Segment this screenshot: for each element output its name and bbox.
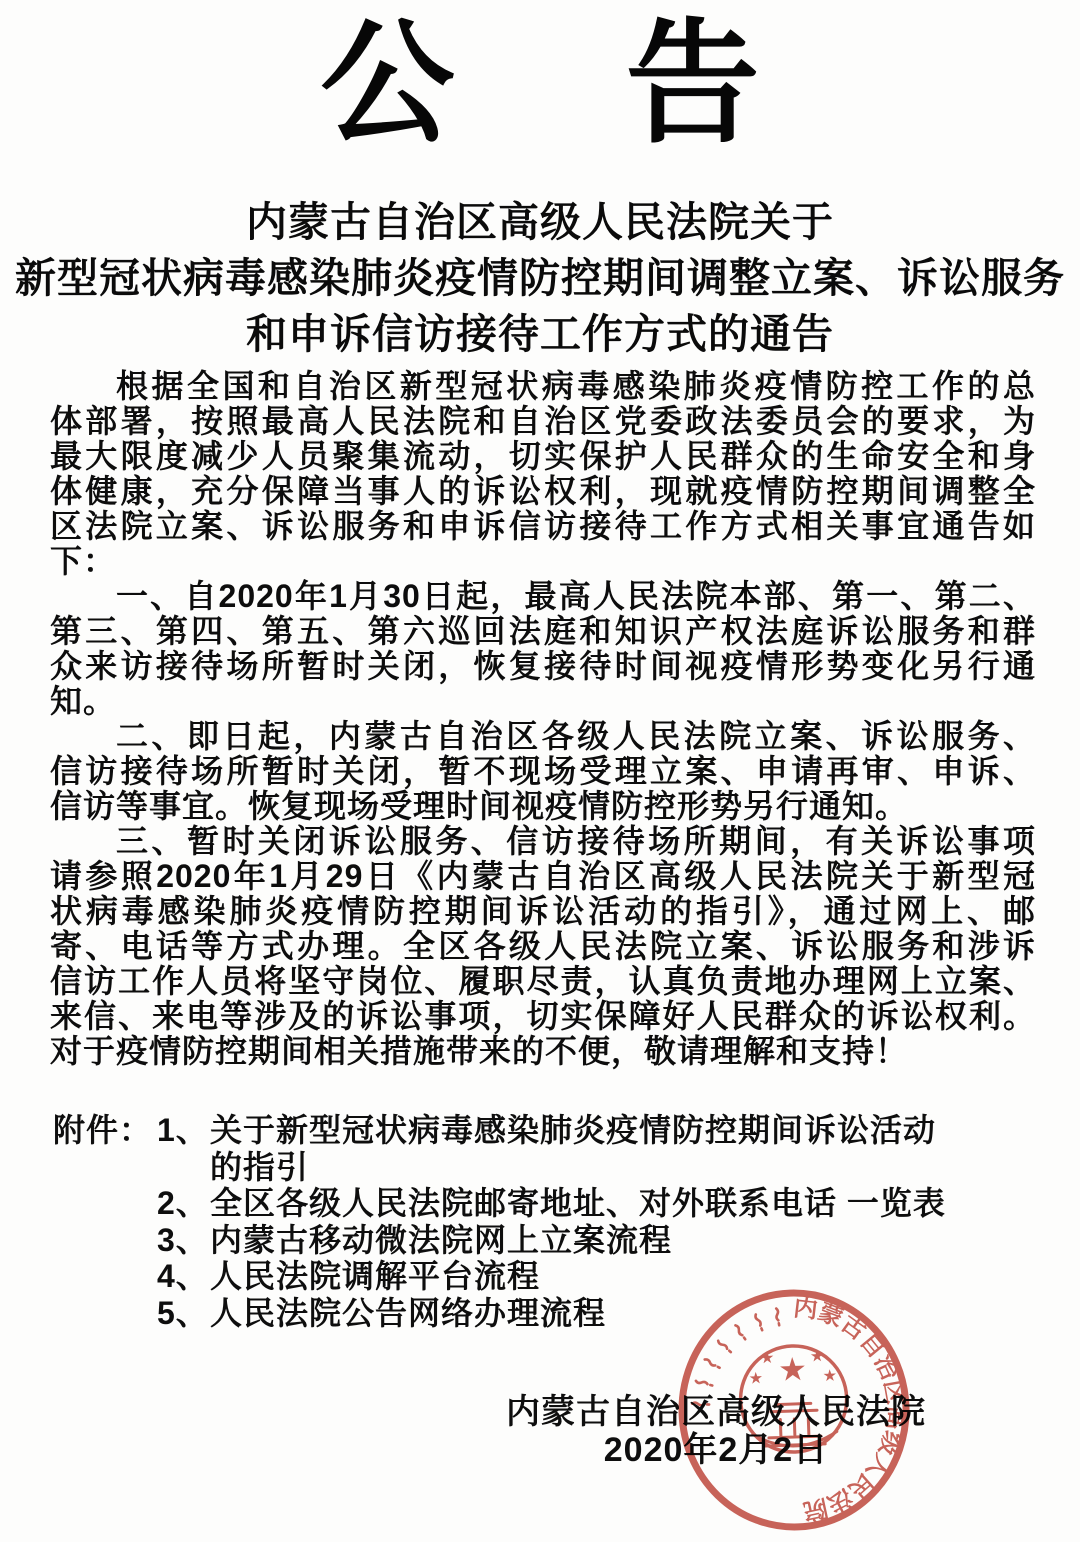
attachment-number: 4、 (157, 1258, 210, 1295)
small-star-icon (749, 1372, 762, 1384)
body-paragraphs: 根据全国和自治区新型冠状病毒感染肺炎疫情防控工作的总体部署，按照最高人民法院和自… (50, 369, 1036, 1069)
text-line: 众来访接待场所暂时关闭，恢复接待时间视疫情形势变化另行通 (50, 649, 1036, 684)
attachment-item: 1、关于新型冠状病毒感染肺炎疫情防控期间诉讼活动的指引 (157, 1112, 1053, 1185)
text-line: 请参照2020年1月29日《内蒙古自治区高级人民法院关于新型冠 (50, 859, 1036, 894)
attachment-number: 5、 (157, 1295, 210, 1332)
attachment-line: 关于新型冠状病毒感染肺炎疫情防控期间诉讼活动 (210, 1112, 1053, 1149)
text-line: 第三、第四、第五、第六巡回法庭和知识产权法庭诉讼服务和群 (50, 614, 1036, 649)
subtitle-line: 和申诉信访接待工作方式的通告 (0, 306, 1080, 362)
attachment-item: 3、内蒙古移动微法院网上立案流程 (157, 1222, 1053, 1259)
text-line: 体部署，按照最高人民法院和自治区党委政法委员会的要求，为 (50, 404, 1036, 439)
attachment-title: 人民法院调解平台流程 (210, 1258, 1053, 1295)
seal-ring-text-curve: 内蒙古自治区高级人民法院 (791, 1290, 914, 1525)
seal-ring-text: 内蒙古自治区高级人民法院 (791, 1290, 914, 1525)
big-star-icon (780, 1357, 806, 1381)
small-star-icon (761, 1351, 774, 1363)
text-line: 下： (50, 544, 1036, 579)
attachment-line: 全区各级人民法院邮寄地址、对外联系电话 一览表 (210, 1185, 1053, 1222)
attachment-item: 2、全区各级人民法院邮寄地址、对外联系电话 一览表 (157, 1185, 1053, 1222)
paragraph: 根据全国和自治区新型冠状病毒感染肺炎疫情防控工作的总体部署，按照最高人民法院和自… (50, 369, 1036, 579)
text-line: 信访接待场所暂时关闭，暂不现场受理立案、申请再审、申诉、 (50, 754, 1036, 789)
announcement-page: 公 告 内蒙古自治区高级人民法院关于新型冠状病毒感染肺炎疫情防控期间调整立案、诉… (0, 0, 1080, 1542)
attachment-item: 4、人民法院调解平台流程 (157, 1258, 1053, 1295)
text-line: 一、自2020年1月30日起，最高人民法院本部、第一、第二、 (50, 579, 1036, 614)
paragraph: 三、暂时关闭诉讼服务、信访接待场所期间，有关诉讼事项请参照2020年1月29日《… (50, 824, 1036, 1069)
doc-subtitle: 内蒙古自治区高级人民法院关于新型冠状病毒感染肺炎疫情防控期间调整立案、诉讼服务和… (0, 194, 1080, 362)
attachment-line: 人民法院公告网络办理流程 (210, 1295, 1053, 1332)
paragraph: 二、即日起，内蒙古自治区各级人民法院立案、诉讼服务、信访接待场所暂时关闭，暂不现… (50, 719, 1036, 824)
small-star-icon (823, 1369, 836, 1381)
attachment-title: 关于新型冠状病毒感染肺炎疫情防控期间诉讼活动的指引 (210, 1112, 1053, 1185)
subtitle-line: 内蒙古自治区高级人民法院关于 (0, 194, 1080, 250)
attachment-title: 内蒙古移动微法院网上立案流程 (210, 1222, 1053, 1259)
text-line: 寄、电话等方式办理。全区各级人民法院立案、诉讼服务和涉诉 (50, 929, 1036, 964)
text-line: 来信、来电等涉及的诉讼事项，切实保障好人民群众的诉讼权利。 (50, 999, 1036, 1034)
text-line: 信访工作人员将坚守岗位、履职尽责，认真负责地办理网上立案、 (50, 964, 1036, 999)
text-line: 信访等事宜。恢复现场受理时间视疫情防控形势另行通知。 (50, 789, 1036, 824)
text-line: 根据全国和自治区新型冠状病毒感染肺炎疫情防控工作的总 (50, 369, 1036, 404)
doc-title: 公 告 (0, 10, 1080, 160)
attachment-line: 的指引 (210, 1149, 1053, 1186)
attachment-number: 3、 (157, 1222, 210, 1259)
subtitle-line: 新型冠状病毒感染肺炎疫情防控期间调整立案、诉讼服务 (0, 250, 1080, 306)
attachment-line: 内蒙古移动微法院网上立案流程 (210, 1222, 1053, 1259)
text-line: 二、即日起，内蒙古自治区各级人民法院立案、诉讼服务、 (50, 719, 1036, 754)
text-line: 区法院立案、诉讼服务和申诉信访接待工作方式相关事宜通告如 (50, 509, 1036, 544)
attachment-title: 全区各级人民法院邮寄地址、对外联系电话 一览表 (210, 1185, 1053, 1222)
text-line: 最大限度减少人员聚集流动，切实保护人民群众的生命安全和身 (50, 439, 1036, 474)
attachment-number: 2、 (157, 1185, 210, 1222)
official-seal: 内蒙古自治区高级人民法院 (672, 1283, 916, 1537)
tiananmen-gate-icon (764, 1403, 825, 1446)
attachment-title: 人民法院公告网络办理流程 (210, 1295, 1053, 1332)
text-line: 三、暂时关闭诉讼服务、信访接待场所期间，有关诉讼事项 (50, 824, 1036, 859)
text-line: 状病毒感染肺炎疫情防控期间诉讼活动的指引》，通过网上、邮 (50, 894, 1036, 929)
text-line: 知。 (50, 684, 1036, 719)
text-line: 对于疫情防控期间相关措施带来的不便，敬请理解和支持！ (50, 1034, 1036, 1069)
text-line: 体健康，充分保障当事人的诉讼权利，现就疫情防控期间调整全 (50, 474, 1036, 509)
national-emblem (739, 1344, 849, 1454)
attachments-label: 附件： (53, 1112, 157, 1149)
attachment-line: 人民法院调解平台流程 (210, 1258, 1053, 1295)
attachment-items: 1、关于新型冠状病毒感染肺炎疫情防控期间诉讼活动的指引2、全区各级人民法院邮寄地… (157, 1112, 1053, 1331)
attachment-number: 1、 (157, 1112, 210, 1185)
attachment-item: 5、人民法院公告网络办理流程 (157, 1295, 1053, 1332)
paragraph: 一、自2020年1月30日起，最高人民法院本部、第一、第二、第三、第四、第五、第… (50, 579, 1036, 719)
